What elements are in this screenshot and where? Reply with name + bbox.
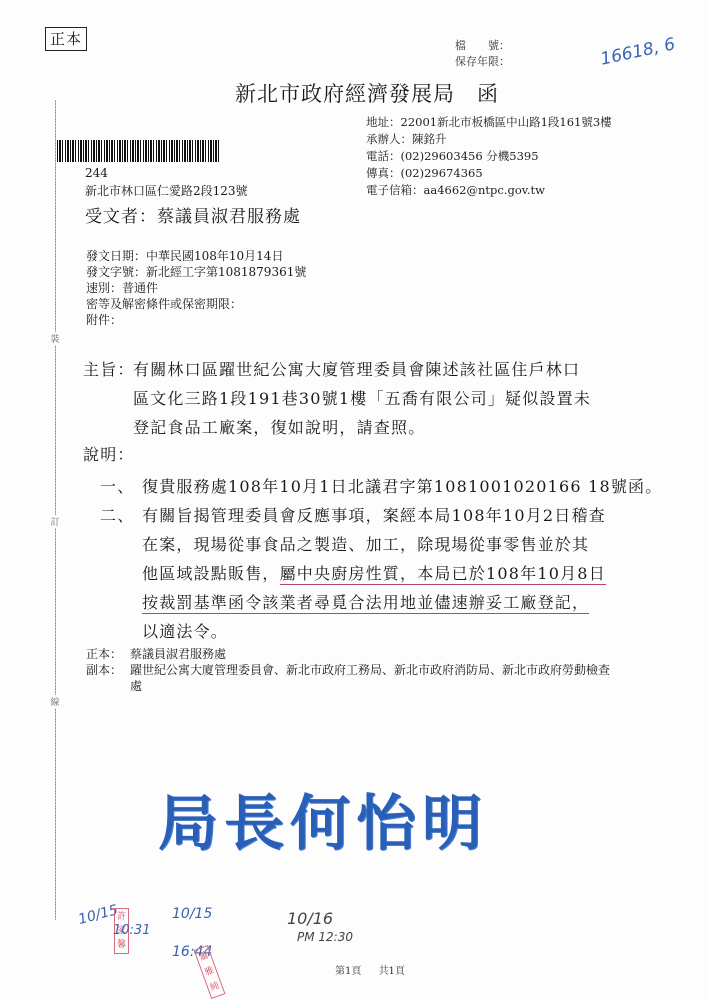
receipt-mark-3: 10/16 PM 12:30 — [287, 910, 353, 946]
receipt-time: 10:31 — [113, 924, 150, 938]
binding-mark-zhuang: 裝 — [49, 332, 61, 345]
receipt-date: 10/16 — [287, 910, 353, 928]
postal-code: 244 — [85, 165, 108, 181]
sender-fax: 傳真：(02)29674365 — [366, 165, 612, 182]
explanation-item-2: 二、 有關旨揭管理委員會反應事項，案經本局108年10月2日稽查 在案，現場從事… — [100, 501, 660, 646]
original-value: 蔡議員淑君服務處 — [130, 646, 616, 662]
explanation-label: 說明： — [83, 442, 135, 465]
item-line: 有關旨揭管理委員會反應事項，案經本局108年10月2日稽查 — [142, 501, 660, 530]
sender-phone: 電話：(02)29603456 分機5395 — [366, 148, 612, 165]
subject-line: 登記食品工廠案，復如說明，請查照。 — [133, 413, 643, 442]
sender-handler: 承辦人：陳銘升 — [366, 131, 612, 148]
highlighted-text: 按裁罰基準函令該業者尋覓合法用地並儘速辦妥工廠登記， — [142, 593, 589, 614]
original-label: 正本： — [86, 646, 122, 662]
attachments: 附件： — [86, 312, 306, 328]
page-number: 第1頁 — [335, 966, 361, 977]
copy-type-label: 正本 — [45, 27, 87, 51]
item-line: 按裁罰基準函令該業者尋覓合法用地並儘速辦妥工廠登記， — [142, 588, 660, 617]
binding-line — [55, 100, 56, 920]
page-footer: 第1頁 共1頁 — [335, 962, 405, 977]
recipient: 受文者：蔡議員淑君服務處 — [85, 202, 301, 227]
explanation-items: 一、 復貴服務處108年10月1日北議君字第1081001020166 18號函… — [100, 472, 660, 646]
receipt-stamp: 蕭雅純 — [194, 945, 226, 999]
sender-email: 電子信箱：aa4662@ntpc.gov.tw — [366, 182, 612, 199]
subject-line: 有關林口區躍世紀公寓大廈管理委員會陳述該社區住戶林口 — [133, 355, 643, 384]
subject-section: 主旨： 有關林口區躍世紀公寓大廈管理委員會陳述該社區住戶林口 區文化三路1段19… — [83, 355, 643, 442]
receipt-note: PM 12:30 — [297, 928, 353, 946]
item-line: 以適法令。 — [142, 617, 660, 646]
item-line: 他區域設點販售，屬中央廚房性質，本局已於108年10月8日 — [142, 559, 660, 588]
subject-line: 區文化三路1段191巷30號1樓「五喬有限公司」疑似設置未 — [133, 384, 643, 413]
file-meta: 檔 號： 保存年限： — [455, 38, 510, 70]
file-number-field: 檔 號： — [455, 38, 510, 54]
binding-mark-xian: 線 — [49, 695, 61, 708]
sender-info: 地址：22001新北市板橋區中山路1段161號3樓 承辦人：陳銘升 電話：(02… — [366, 114, 612, 199]
copies-value: 躍世紀公寓大廈管理委員會、新北市政府工務局、新北市政府消防局、新北市政府勞動檢查… — [130, 662, 616, 694]
item-number: 二、 — [100, 501, 134, 530]
recipient-address: 新北市林口區仁愛路2段123號 — [85, 182, 248, 199]
page-total: 共1頁 — [379, 966, 405, 977]
director-signature-stamp: 局長何怡明 — [158, 776, 488, 862]
highlighted-text: 屬中央廚房性質，本局已於108年10月8日 — [280, 564, 606, 585]
binding-mark-ding: 訂 — [49, 515, 61, 528]
issue-date: 發文日期：中華民國108年10月14日 — [86, 248, 306, 264]
original-recipient: 正本： 蔡議員淑君服務處 — [86, 646, 616, 662]
barcode — [57, 140, 219, 162]
item-line: 復貴服務處108年10月1日北議君字第1081001020166 18號函。 — [142, 472, 660, 501]
retention-period-field: 保存年限： — [455, 54, 510, 70]
item-text: 他區域設點販售， — [142, 564, 280, 583]
receipt-mark-2: 10/15 16:44 蕭雅純 — [172, 906, 212, 960]
item-number: 一、 — [100, 472, 134, 501]
explanation-item-1: 一、 復貴服務處108年10月1日北議君字第1081001020166 18號函… — [100, 472, 660, 501]
subject-label: 主旨： — [83, 355, 135, 384]
receipt-mark-1: 10/15 許家馨 10:31 — [78, 908, 118, 922]
receipt-date: 10/15 — [172, 906, 212, 922]
confidentiality: 密等及解密條件或保密期限： — [86, 296, 306, 312]
copies-label: 副本： — [86, 662, 122, 678]
handwritten-reference-number: 16618, 6 — [599, 34, 677, 69]
copy-recipients: 副本： 躍世紀公寓大廈管理委員會、新北市政府工務局、新北市政府消防局、新北市政府… — [86, 662, 616, 694]
delivery-type: 速別：普通件 — [86, 280, 306, 296]
item-line: 在案，現場從事食品之製造、加工，除現場從事零售並於其 — [142, 530, 660, 559]
document-title: 新北市政府經濟發展局 函 — [235, 78, 499, 108]
sender-address: 地址：22001新北市板橋區中山路1段161號3樓 — [366, 114, 612, 131]
distribution-list: 正本： 蔡議員淑君服務處 副本： 躍世紀公寓大廈管理委員會、新北市政府工務局、新… — [86, 646, 616, 694]
issue-number: 發文字號：新北經工字第1081879361號 — [86, 264, 306, 280]
document-meta: 發文日期：中華民國108年10月14日 發文字號：新北經工字第108187936… — [86, 248, 306, 328]
